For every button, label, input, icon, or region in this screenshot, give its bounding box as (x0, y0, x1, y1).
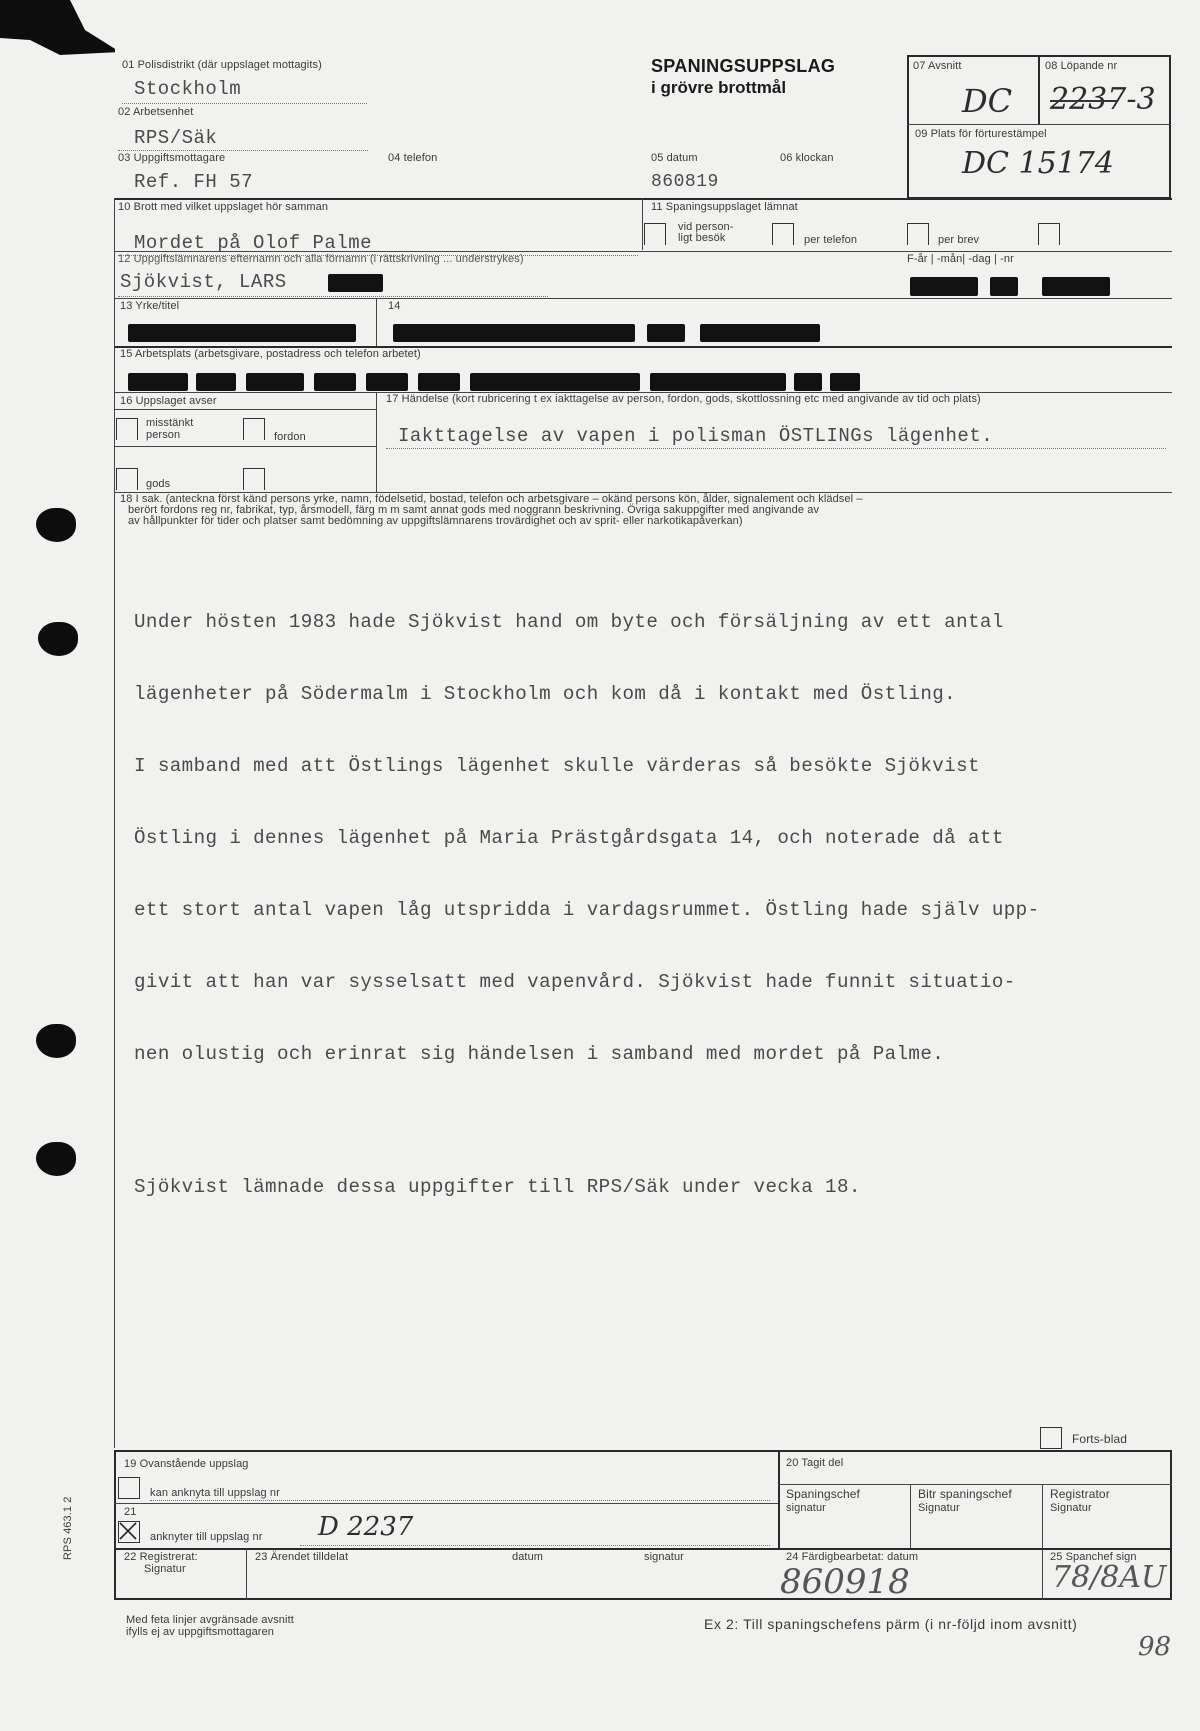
narrative-line: Sjökvist lämnade dessa uppgifter till RP… (134, 1175, 1134, 1199)
field-01-value[interactable]: Stockholm (134, 78, 241, 100)
redaction-f12-month (990, 277, 1018, 296)
field-12-value[interactable]: Sjökvist, LARS (120, 271, 287, 293)
f19-checkbox-connects[interactable] (118, 1521, 140, 1543)
field-15-label: 15 Arbetsplats (arbetsgivare, postadress… (120, 348, 421, 360)
f11-checkbox-other[interactable] (1038, 223, 1060, 245)
field-14-label: 14 (388, 300, 400, 312)
f16-option-goods: gods (146, 478, 170, 490)
narrative-line: Östling i dennes lägenhet på Maria Präst… (134, 826, 1134, 850)
field-05-label: 05 datum (651, 152, 698, 164)
f19-connects-value[interactable]: D 2237 (318, 1512, 413, 1542)
field-10-label: 10 Brott med vilket uppslaget hör samman (118, 201, 328, 213)
field-09-value[interactable]: DC 15174 (962, 146, 1114, 181)
field-06-label: 06 klockan (780, 152, 834, 164)
f20-col-2-sub: Signatur (918, 1502, 960, 1514)
field-02-label: 02 Arbetsenhet (118, 106, 193, 118)
check-x-icon (117, 1520, 139, 1542)
f20-col-1-sub: signatur (786, 1502, 826, 1514)
field-12-label: 12 Uppgiftslämnarens efternamn och alla … (118, 253, 524, 265)
field-23-label: 23 Ärendet tilldelat (255, 1551, 348, 1563)
forts-blad-label: Forts-blad (1072, 1432, 1127, 1446)
field-17-label: 17 Händelse (kort rubricering t ex iaktt… (386, 394, 1156, 405)
field-11-label: 11 Spaningsuppslaget lämnat (651, 201, 798, 213)
field-05-value[interactable]: 860819 (651, 172, 719, 192)
field-13-label: 13 Yrke/titel (120, 300, 179, 312)
punch-hole (36, 508, 76, 542)
field-22-sub: Signatur (144, 1563, 186, 1575)
page-number: 98 (1138, 1632, 1171, 1662)
f11-checkbox-phone[interactable] (772, 223, 794, 245)
field-09-label: 09 Plats för förturestämpel (915, 128, 1047, 140)
redaction-f13 (128, 324, 356, 342)
narrative-line: nen olustig och erinrat sig händelsen i … (134, 1042, 1134, 1066)
f20-col-1-title: Spaningschef (786, 1487, 860, 1501)
field-08-label: 08 Löpande nr (1045, 60, 1117, 72)
field-23-signatur: signatur (644, 1551, 684, 1563)
f16-checkbox-other[interactable] (243, 468, 265, 490)
form-title: SPANINGSUPPSLAG (651, 56, 835, 77)
field-25-value[interactable]: 78/8AU (1052, 1560, 1166, 1595)
punch-hole (36, 1024, 76, 1058)
f11-checkbox-visit[interactable] (644, 223, 666, 245)
field-18-label-3: av hållpunkter för tider och platser sam… (128, 516, 743, 527)
f16-option-vehicle: fordon (274, 431, 306, 443)
f16-option-person: misstänkt person (146, 417, 193, 441)
redaction-f15 (470, 373, 640, 391)
field-02-value[interactable]: RPS/Säk (134, 127, 217, 149)
narrative-line: lägenheter på Södermalm i Stockholm och … (134, 682, 1134, 706)
narrative-line: I samband med att Östlings lägenhet skul… (134, 754, 1134, 778)
footer-note-2: ifylls ej av uppgiftsmottagaren (126, 1626, 274, 1638)
f11-checkbox-letter[interactable] (907, 223, 929, 245)
narrative-line: givit att han var sysselsatt med vapenvå… (134, 970, 1134, 994)
f20-col-3-title: Registrator (1050, 1487, 1110, 1501)
field-03-value[interactable]: Ref. FH 57 (134, 171, 253, 193)
f19-option-connects: anknyter till uppslag nr (150, 1531, 262, 1543)
field-07-label: 07 Avsnitt (913, 60, 962, 72)
narrative-line: ett stort antal vapen låg utspridda i va… (134, 898, 1134, 922)
f19-checkbox-can-connect[interactable] (118, 1477, 140, 1499)
field-03-label: 03 Uppgiftsmottagare (118, 152, 225, 164)
field-01-label: 01 Polisdistrikt (där uppslaget mottagit… (122, 59, 322, 71)
field-23-datum: datum (512, 1551, 543, 1563)
form-code: RPS 463.1 2 (62, 1497, 74, 1560)
f11-option-phone: per telefon (804, 234, 857, 246)
field-16-label: 16 Uppslaget avser (120, 395, 217, 407)
footer-copy-note: Ex 2: Till spaningschefens pärm (i nr-fö… (704, 1616, 1077, 1632)
f16-checkbox-person[interactable] (116, 418, 138, 440)
field-12-id-label: F-år | -mån| -dag | -nr (907, 253, 1014, 265)
field-04-label: 04 telefon (388, 152, 437, 164)
f16-checkbox-goods[interactable] (116, 468, 138, 490)
field-24-value[interactable]: 860918 (780, 1562, 910, 1602)
bottom-block (114, 1450, 1172, 1600)
f11-option-letter: per brev (938, 234, 979, 246)
field-19-label: 19 Ovanstående uppslag (124, 1458, 249, 1470)
redaction-f14-b (647, 324, 685, 342)
footer-note-1: Med feta linjer avgränsade avsnitt (126, 1614, 294, 1626)
f19-option-can-connect: kan anknyta till uppslag nr (150, 1487, 280, 1499)
redaction-f12-nr (1042, 277, 1110, 296)
form-subtitle: i grövre brottmål (651, 78, 786, 98)
f20-col-2-title: Bitr spaningschef (918, 1487, 1012, 1501)
field-07-value[interactable]: DC (962, 82, 1012, 120)
forts-blad-checkbox[interactable] (1040, 1427, 1062, 1449)
punch-hole (38, 622, 78, 656)
f20-col-3-sub: Signatur (1050, 1502, 1092, 1514)
scan-corner-mark (0, 0, 115, 60)
redaction-f12-name (328, 274, 383, 292)
field-20-label: 20 Tagit del (786, 1457, 843, 1469)
f19-number: 21 (124, 1506, 136, 1518)
punch-hole (36, 1142, 76, 1176)
f16-checkbox-vehicle[interactable] (243, 418, 265, 440)
f11-option-visit: vid person- ligt besök (678, 222, 734, 244)
field-22-label: 22 Registrerat: (124, 1551, 198, 1563)
redaction-f14-c (700, 324, 820, 342)
redaction-f14-a (393, 324, 635, 342)
narrative-line: Under hösten 1983 hade Sjökvist hand om … (134, 610, 1134, 634)
redaction-f12-year (910, 277, 978, 296)
field-18-narrative: Under hösten 1983 hade Sjökvist hand om … (134, 562, 1134, 1223)
field-17-value[interactable]: Iakttagelse av vapen i polisman ÖSTLINGs… (398, 425, 993, 447)
